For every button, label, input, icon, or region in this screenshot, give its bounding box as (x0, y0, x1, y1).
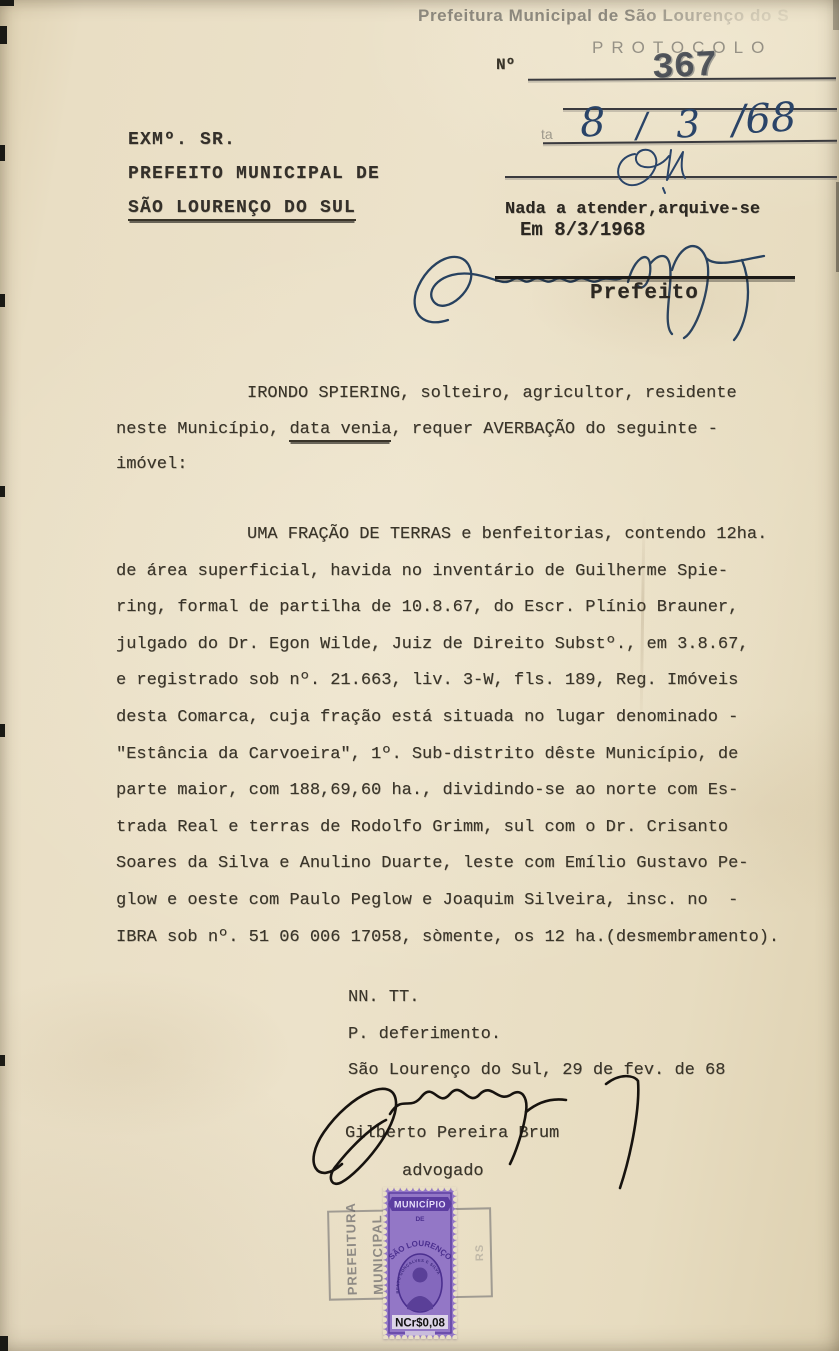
protocol-number-value: 367 (652, 44, 717, 88)
clerk-initials-signature (605, 140, 715, 202)
rubber-stamp-right-text: RS (473, 1212, 491, 1292)
stamp-title: MUNICÍPIO (394, 1200, 446, 1210)
body-line: trada Real e terras de Rodolfo Grimm, su… (116, 810, 826, 847)
prefect-signature-line (495, 276, 795, 279)
scan-artifact (0, 294, 5, 307)
scan-artifact (0, 486, 5, 497)
scan-artifact (0, 724, 5, 737)
body-line: de área superficial, havida no inventári… (116, 554, 826, 591)
scan-artifact (0, 1336, 8, 1351)
scan-artifact (0, 0, 14, 6)
body-text: neste Município, (116, 420, 289, 439)
stamp-value: NCr$0,08 (395, 1318, 445, 1330)
scan-artifact (0, 1055, 5, 1066)
prefect-role-label: Prefeito (590, 282, 699, 305)
date-stamp-residue: ta (541, 126, 553, 142)
stamp-de: DE (415, 1216, 425, 1223)
scanned-document-page: Prefeitura Municipal de São Lourenço do … (0, 0, 839, 1351)
addressee-salutation: EXMº. SR. (128, 130, 236, 150)
body-line: parte maior, com 188,69,60 ha., dividind… (116, 773, 826, 810)
body-line: desta Comarca, cuja fração está situada … (116, 700, 826, 737)
office-header-stamp: Prefeitura Municipal de São Lourenço do … (418, 6, 789, 26)
dispatch-note-line1: Nada a atender,arquive-se (505, 200, 760, 219)
petition-opening-paragraph: IRONDO SPIERING, solteiro, agricultor, r… (116, 376, 816, 483)
closing-line: P. deferimento. (348, 1017, 725, 1054)
closing-line: NN. TT. (348, 980, 725, 1017)
body-line: e registrado sob nº. 21.663, liv. 3-W, f… (116, 663, 826, 700)
latin-phrase-underlined: data venia (289, 420, 391, 442)
stamp-bottom-tab (405, 1331, 435, 1336)
addressee-title: PREFEITO MUNICIPAL DE (128, 164, 380, 184)
addressee-city: SÃO LOURENÇO DO SUL (128, 198, 356, 221)
body-line: IBRA sob nº. 51 06 006 17058, sòmente, o… (116, 920, 826, 957)
body-line: ring, formal de partilha de 10.8.67, do … (116, 590, 826, 627)
protocol-number-label: Nº (496, 56, 515, 74)
lawyer-signature (290, 1068, 690, 1198)
handwritten-date-day: 8 (579, 99, 607, 146)
body-line: glow e oeste com Paulo Peglow e Joaquim … (116, 883, 826, 920)
body-line: neste Município, data venia, requer AVER… (116, 412, 816, 448)
body-line: "Estância da Carvoeira", 1º. Sub-distrit… (116, 737, 826, 774)
body-line: UMA FRAÇÃO DE TERRAS e benfeitorias, con… (116, 517, 826, 554)
body-line: IRONDO SPIERING, solteiro, agricultor, r… (116, 376, 816, 412)
stamp-portrait-head (413, 1268, 428, 1283)
body-line: Soares da Silva e Anulino Duarte, leste … (116, 846, 826, 883)
body-line: imóvel: (116, 447, 816, 483)
scan-artifact (833, 0, 839, 30)
body-text: , requer AVERBAÇÃO do seguinte - (391, 420, 717, 439)
body-line: julgado do Dr. Egon Wilde, Juiz de Direi… (116, 627, 826, 664)
revenue-stamp: MUNICÍPIO DE SÃO LOURENÇO BENTO GONÇALVE… (383, 1187, 457, 1339)
scan-artifact (0, 26, 7, 44)
scan-artifact (0, 145, 5, 161)
handwritten-date-year: /68 (731, 94, 798, 143)
rubber-stamp-line1: PREFEITURA (343, 1215, 361, 1295)
property-description-paragraph: UMA FRAÇÃO DE TERRAS e benfeitorias, con… (116, 517, 826, 956)
